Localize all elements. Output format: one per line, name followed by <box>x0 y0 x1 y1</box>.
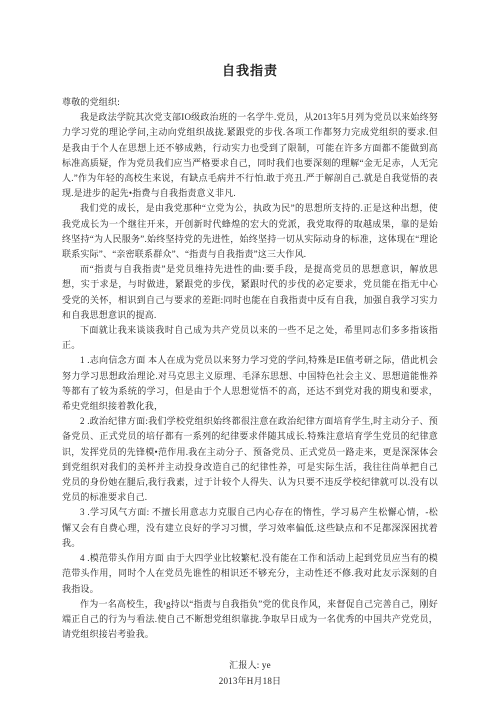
paragraph-lead-in: 下面就让我来谈谈我时自己成为共产党员以来的一些不足之处，希里同志们多多指该指正。 <box>62 323 438 353</box>
signature-block: 汇报人: ye 2013年H月18日 <box>62 658 438 688</box>
paragraph-intro: 我是政法学院其次党支部IO级政治班的一名学牛.党员，从2013年5月列为党员以来… <box>62 110 438 201</box>
paragraph-item-1: 1 .志向信念方面 本人在成为党员以来努力学习党的学问,特殊是IE值考研之际，借… <box>62 353 438 414</box>
paragraph-criticism-meaning: 而“指责与自我指责”是党员维持先进性的曲:要手段，是提高党员的思想意识，解放思想… <box>62 262 438 323</box>
paragraph-item-4: 4 .模范带头作用方面 由于大四学业比较繁杞.没有能在工作和活动上起到党员应当有… <box>62 551 438 597</box>
document-body: 尊敬的党组织: 我是政法学院其次党支部IO级政治班的一名学牛.党员，从2013年… <box>62 95 438 689</box>
signature-date: 2013年H月18日 <box>62 674 438 689</box>
document-title: 自我指责 <box>62 60 438 79</box>
paragraph-item-2: 2 .政治纪律方面:我们学校党组织始终都很注意在政治纪律方面培育学生,时主动分子… <box>62 414 438 505</box>
document-page: 自我指责 尊敬的党组织: 我是政法学院其次党支部IO级政治班的一名学牛.党员，从… <box>0 0 500 707</box>
paragraph-closing: 作为一名高校生，我¹g持以“指责与自我指负”党的优良作风，来督促自己完善自己，刚… <box>62 597 438 643</box>
paragraph-party-growth: 我们党的成长，是由我党那种“立党为公，执政为民”的思想所支持的.正是这种出想，使… <box>62 201 438 262</box>
signature-reporter: 汇报人: ye <box>62 658 438 673</box>
paragraph-item-3: 3 .学习风气方面: 不擅长用意志力克服自己内心存在的惰性，学习易产生松懈心情，… <box>62 505 438 551</box>
salutation: 尊敬的党组织: <box>62 95 438 110</box>
